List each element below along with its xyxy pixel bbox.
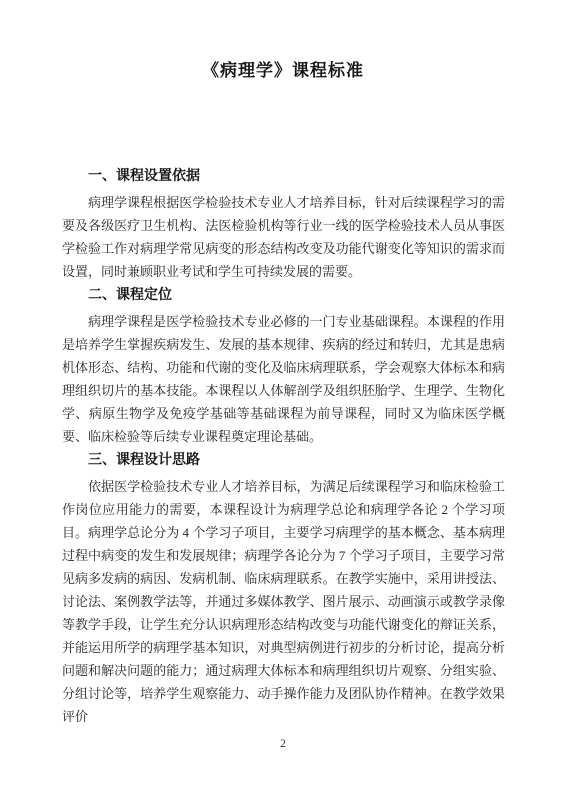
page-number: 2: [0, 738, 566, 750]
document-page: 《病理学》课程标准 一、课程设置依据 病理学课程根据医学检验技术专业人才培养目标…: [0, 0, 566, 800]
section-paragraph-course-design: 依据医学检验技术专业人才培养目标，为满足后续课程学习和临床检验工作岗位应用能力的…: [62, 475, 505, 728]
document-title: 《病理学》课程标准: [0, 58, 566, 84]
section-heading-course-position: 二、课程定位: [62, 283, 505, 306]
section-paragraph-course-position: 病理学课程是医学检验技术专业必修的一门专业基础课程。本课程的作用是培养学生掌握疾…: [62, 310, 505, 448]
section-paragraph-course-basis: 病理学课程根据医学检验技术专业人才培养目标，针对后续课程学习的需要及各级医疗卫生…: [62, 191, 505, 283]
document-content: 一、课程设置依据 病理学课程根据医学检验技术专业人才培养目标，针对后续课程学习的…: [62, 164, 505, 728]
section-heading-course-basis: 一、课程设置依据: [62, 164, 505, 187]
section-heading-course-design: 三、课程设计思路: [62, 448, 505, 471]
